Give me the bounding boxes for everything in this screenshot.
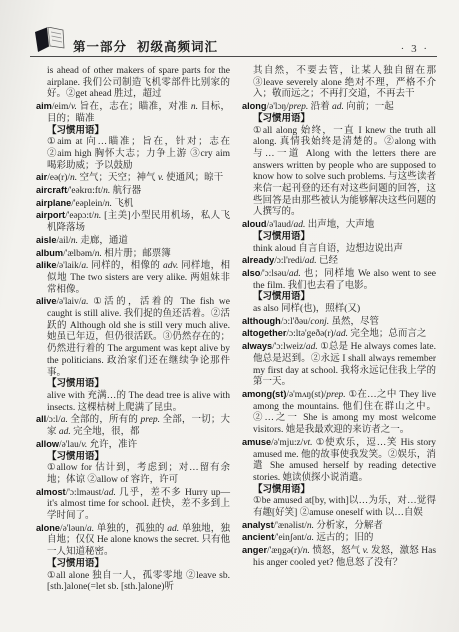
- dict-entry: amuse/ə'mju:z/vt. ①使欢乐，逗…笑 His story amu…: [242, 437, 436, 485]
- headword: aloud: [242, 219, 267, 229]
- dict-entry: although/ɔ:l'ðəu/conj. 虽然，尽管: [242, 316, 436, 329]
- headword: ancient: [242, 532, 274, 542]
- headword: analyst: [242, 520, 274, 530]
- headword: already: [242, 255, 274, 265]
- definition-text: ①all along 始终，一直 I knew the truth all al…: [253, 126, 436, 218]
- part-of-speech: v.: [158, 173, 166, 183]
- headword: airport: [36, 210, 65, 220]
- idiom-heading-text: 【习惯用语】: [47, 559, 104, 569]
- idiom-heading: 【习惯用语】: [242, 292, 436, 304]
- idiom-heading-text: 【习惯用语】: [47, 452, 104, 462]
- part-of-speech: ad.: [336, 329, 350, 339]
- headword: also: [242, 268, 260, 278]
- phonetic: /eə(r)/: [47, 173, 70, 183]
- phonetic: /ə'mju:z/: [271, 438, 303, 448]
- part-of-speech: prep.: [289, 102, 311, 112]
- phonetic: /'einʃənt/: [274, 533, 307, 543]
- definition-text: 已经: [319, 256, 338, 266]
- phonetic: /'ɔ:lsəu/: [260, 269, 289, 279]
- headword: aisle: [36, 235, 56, 245]
- part-of-speech: v.: [363, 546, 371, 556]
- headword: amuse: [242, 437, 271, 447]
- page-header: 第一部分 初级高频词汇 · 3 ·: [34, 24, 437, 55]
- idiom-heading: 【习惯用语】: [242, 232, 436, 244]
- headword: all: [36, 414, 46, 424]
- definition-text: 完全地；总而言之: [350, 329, 426, 339]
- phonetic: /ə'laud/: [267, 220, 294, 230]
- phonetic: /ɔ:l'redi/: [274, 256, 305, 266]
- definition-text: 虽然，尽管: [331, 317, 379, 327]
- idiom-heading-text: 【习惯用语】: [47, 126, 104, 136]
- definition-text: 走廊，通道: [80, 236, 128, 246]
- open-book-icon: [34, 27, 68, 58]
- part-of-speech: ad.: [305, 256, 319, 266]
- dict-entry: airplane/'eəplein/n. 飞机: [36, 198, 230, 211]
- definition-text: 旨在，志在；瞄准，对准: [80, 102, 191, 112]
- headword: air: [36, 172, 47, 182]
- phonetic: /'eəpɔ:t/: [65, 211, 94, 221]
- page-number: · 3 ·: [401, 43, 437, 55]
- headword: along: [242, 101, 267, 111]
- phonetic: /'eəplein/: [71, 199, 105, 209]
- definition-text: ①aim at 向…瞄准；旨在，针对；志在 ②aim high 胸怀大志；力争上…: [47, 137, 230, 170]
- part-of-speech: ad.: [167, 524, 181, 534]
- idiom-body: as also 同样(也)，照样(又): [242, 304, 436, 316]
- phonetic: /ɔ:l/: [46, 415, 60, 425]
- part-of-speech: a.: [81, 261, 91, 271]
- phonetic: /eim/: [52, 102, 71, 112]
- definition-text: alive with 充满…的 The dead tree is alive w…: [47, 391, 230, 413]
- definition-text: as also 同样(也)，照样(又): [253, 304, 360, 314]
- definition-text: 沿着: [311, 102, 332, 112]
- definition-text: 完全地，很，都: [73, 427, 140, 437]
- part-of-speech: a.: [81, 297, 93, 307]
- part-of-speech: ad.: [332, 102, 346, 112]
- definition-text: ①活的，活着的 The fish we caught is still aliv…: [47, 297, 230, 377]
- dict-entry: album/'ælbəm/n. 相片册；邮票簿: [36, 248, 230, 261]
- idiom-heading-text: 【习惯用语】: [253, 232, 310, 242]
- part-of-speech: v.: [71, 102, 80, 112]
- part-of-speech: n.: [71, 236, 81, 246]
- phonetic: /ə'lɔŋ/: [267, 102, 289, 112]
- idiom-body: ①all along 始终，一直 I knew the truth all al…: [242, 126, 436, 220]
- definition-text: 同样的，相像的: [91, 261, 163, 271]
- definition-text: ①all alone 独自一人，孤零零地 ②leave sb. [sth.]al…: [47, 571, 230, 593]
- definition-text: 分析家，分解者: [316, 521, 383, 531]
- definition-text: 愤怒，怒气: [312, 546, 362, 556]
- definition-text: 其自然，不要去管，让某人独自留在那 ③leave severely alone …: [253, 66, 436, 99]
- dict-entry: ancient/'einʃənt/a. 远古的；旧的: [242, 532, 436, 545]
- part-of-speech: n.: [307, 521, 317, 531]
- definition-text: 使通风；晾干: [166, 173, 223, 183]
- dict-entry: altogether/ɔ:ltə'geðə(r)/ad. 完全地；总而言之: [242, 328, 436, 341]
- definition-text: 出声地，大声地: [308, 220, 375, 230]
- dict-entry: aircraft/'eəkrɑ:ft/n. 航行器: [36, 185, 230, 198]
- part-of-speech: vt.: [303, 438, 315, 448]
- phonetic: /ail/: [56, 236, 70, 246]
- part-of-speech: ad.: [104, 488, 119, 498]
- dictionary-columns: is ahead of other makers of spare parts …: [36, 66, 436, 594]
- headword: aircraft: [36, 185, 67, 195]
- dict-entry: almost/'ɔ:lməust/ad. 几乎，差不多 Hurry up—it'…: [36, 487, 230, 523]
- phonetic: /ɔ:ltə'geðə(r)/: [286, 329, 336, 339]
- phonetic: /'ænəlist/: [274, 521, 307, 531]
- dict-entry: airport/'eəpɔ:t/n. [主美]小型民用机场，私人飞机降落场: [36, 210, 230, 234]
- idiom-heading: 【习惯用语】: [36, 559, 230, 571]
- page-title: 初级高频词汇: [137, 37, 218, 55]
- headword: among(st): [242, 389, 286, 399]
- dict-entry: alone/ə'ləun/a. 单独的，孤独的 ad. 单独地，独自地；仅仅 H…: [36, 523, 230, 559]
- phonetic: /ə'lau/: [59, 440, 81, 450]
- phonetic: /ɔ:l'ðəu/: [281, 317, 311, 327]
- dict-entry: always/'ɔ:lweiz/ad. ①总是 He always comes …: [242, 341, 436, 389]
- phonetic: /ə'laiv/: [56, 297, 81, 307]
- header-rule: [30, 56, 437, 57]
- part-of-speech: prep.: [326, 390, 348, 400]
- definition-text: 允许，准许: [90, 440, 138, 450]
- idiom-body: ①all alone 独自一人，孤零零地 ②leave sb. [sth.]al…: [36, 571, 230, 594]
- part-of-speech: ad.: [289, 269, 304, 279]
- part-of-speech: n.: [94, 211, 104, 221]
- part-of-speech: ad.: [306, 342, 320, 352]
- phonetic: /'eəkrɑ:ft/: [67, 186, 103, 196]
- idiom-heading-text: 【习惯用语】: [253, 485, 310, 495]
- part-of-speech: prep.: [141, 415, 163, 425]
- dict-entry: among(st)/ə'mʌŋ(st)/prep. ①在…之中 They liv…: [242, 389, 436, 437]
- dict-entry: air/eə(r)/n. 空气；天空；神气 v. 使通风；晾干: [36, 172, 230, 185]
- phonetic: /ə'laik/: [56, 261, 81, 271]
- idiom-heading: 【习惯用语】: [242, 485, 436, 497]
- section-label: 第一部分: [73, 37, 127, 55]
- dict-entry: also/'ɔ:lsəu/ad. 也；同样地 We also went to s…: [242, 268, 436, 292]
- headword: aim: [36, 101, 52, 111]
- headword: although: [242, 316, 281, 326]
- idiom-body: think aloud 自言自语，边想边说出声: [242, 244, 436, 256]
- phonetic: /'ɔ:lweiz/: [272, 342, 306, 352]
- dict-entry: alike/ə'laik/a. 同样的，相像的 adv. 同样地，相似地 The…: [36, 260, 230, 296]
- definition-text: 远古的；旧的: [316, 533, 373, 543]
- phonetic: /ə'ləun/: [60, 524, 87, 534]
- part-of-speech: n.: [105, 199, 115, 209]
- part-of-speech: n.: [103, 186, 113, 196]
- headword: alone: [36, 523, 60, 533]
- definition-text: 全部的，所有的: [70, 415, 140, 425]
- headword: alive: [36, 296, 56, 306]
- headword: always: [242, 341, 272, 351]
- part-of-speech: ad.: [59, 427, 73, 437]
- headword: anger: [242, 545, 267, 555]
- dict-entry: along/ə'lɔŋ/prep. 沿着 ad. 向前；一起: [242, 101, 436, 114]
- part-of-speech: a.: [87, 524, 97, 534]
- definition-text: 相片册；邮票簿: [104, 249, 171, 259]
- idiom-heading-text: 【习惯用语】: [253, 292, 310, 302]
- entry-continuation: 其自然，不要去管，让某人独自留在那 ③leave severely alone …: [242, 66, 436, 101]
- idiom-body: alive with 充满…的 The dead tree is alive w…: [36, 391, 230, 414]
- dict-entry: anger/'æŋgə(r)/n. 愤怒，怒气 v. 发怒，激怒 Has his…: [242, 545, 436, 569]
- dict-entry: analyst/'ænəlist/n. 分析家，分解者: [242, 520, 436, 533]
- idiom-body: ①aim at 向…瞄准；旨在，针对；志在 ②aim high 胸怀大志；力争上…: [36, 137, 230, 172]
- phonetic: /'ɔ:lməust/: [66, 488, 104, 498]
- headword: alike: [36, 260, 56, 270]
- part-of-speech: conj.: [310, 317, 331, 327]
- scanned-dictionary-page: 第一部分 初级高频词汇 · 3 · is ahead of other make…: [0, 0, 459, 632]
- headword: allow: [36, 439, 59, 449]
- definition-text: 向前；一起: [346, 102, 394, 112]
- left-column: is ahead of other makers of spare parts …: [36, 66, 230, 594]
- idiom-heading: 【习惯用语】: [36, 452, 230, 464]
- entry-continuation: is ahead of other makers of spare parts …: [36, 66, 230, 101]
- dict-entry: allow/ə'lau/v. 允许，准许: [36, 439, 230, 452]
- part-of-speech: adv.: [163, 261, 181, 271]
- headword: almost: [36, 487, 66, 497]
- idiom-heading: 【习惯用语】: [36, 379, 230, 391]
- part-of-speech: n.: [95, 249, 105, 259]
- part-of-speech: ad.: [293, 220, 307, 230]
- dict-entry: aloud/ə'laud/ad. 出声地，大声地: [242, 219, 436, 232]
- dict-entry: alive/ə'laiv/a. ①活的，活着的 The fish we caug…: [36, 296, 230, 379]
- definition-text: 空气；天空；神气: [79, 173, 157, 183]
- right-column: 其自然，不要去管，让某人独自留在那 ③leave severely alone …: [242, 66, 436, 594]
- headword: airplane: [36, 198, 71, 208]
- part-of-speech: a.: [307, 533, 317, 543]
- idiom-body: ①allow for 估计到，考虑到；对…留有余地；体谅 ②allow of 容…: [36, 463, 230, 486]
- dict-entry: already/ɔ:l'redi/ad. 已经: [242, 255, 436, 268]
- idiom-heading-text: 【习惯用语】: [47, 379, 104, 389]
- part-of-speech: n.: [191, 102, 201, 112]
- definition-text: ①allow for 估计到，考虑到；对…留有余地；体谅 ②allow of 容…: [47, 463, 230, 485]
- definition-text: ①be amused at[by, with]以…为乐，对…觉得有趣[好笑] ②…: [253, 496, 436, 518]
- dict-entry: all/ɔ:l/a. 全部的，所有的 prep. 全部，一切；大家 ad. 完全…: [36, 414, 230, 438]
- headword: altogether: [242, 328, 286, 338]
- definition-text: 飞机: [114, 199, 133, 209]
- part-of-speech: n.: [303, 546, 313, 556]
- phonetic: /'ælbəm/: [63, 249, 95, 259]
- dict-entry: aisle/ail/n. 走廊，通道: [36, 235, 230, 248]
- idiom-heading: 【习惯用语】: [242, 114, 436, 126]
- part-of-speech: a.: [61, 415, 71, 425]
- headword: album: [36, 248, 63, 258]
- idiom-heading: 【习惯用语】: [36, 126, 230, 138]
- part-of-speech: v.: [81, 440, 89, 450]
- phonetic: /ə'mʌŋ(st)/: [286, 390, 326, 400]
- dict-entry: aim/eim/v. 旨在，志在；瞄准，对准 n. 目标，目的；瞄准: [36, 101, 230, 125]
- definition-text: 单独的，孤独的: [97, 524, 168, 534]
- phonetic: /'æŋgə(r)/: [267, 546, 303, 556]
- definition-text: 航行器: [113, 186, 142, 196]
- idiom-heading-text: 【习惯用语】: [253, 114, 310, 124]
- definition-text: think aloud 自言自语，边想边说出声: [253, 244, 403, 254]
- definition-text: is ahead of other makers of spare parts …: [47, 66, 230, 99]
- idiom-body: ①be amused at[by, with]以…为乐，对…觉得有趣[好笑] ②…: [242, 496, 436, 519]
